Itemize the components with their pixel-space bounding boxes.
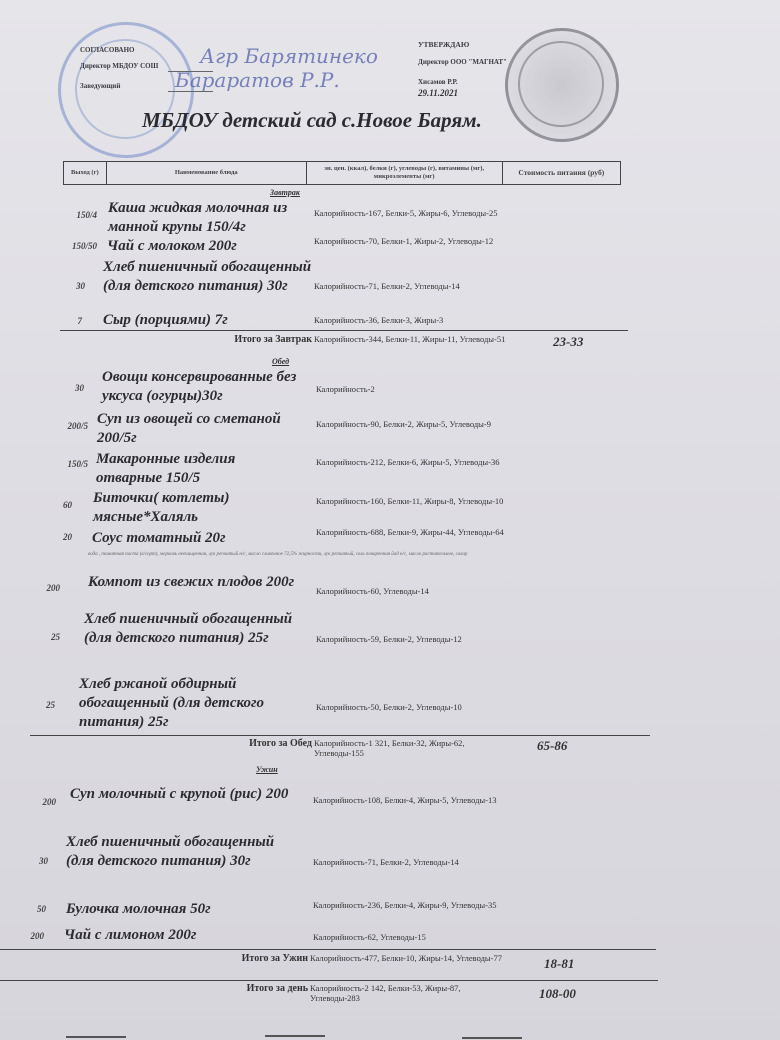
lunch-total-label: Итого за Обед xyxy=(190,738,312,749)
item-nutrition: Калорийность-236, Белки-4, Жиры-9, Углев… xyxy=(313,900,513,910)
item-name: Хлеб пшеничный обогащенный (для детского… xyxy=(84,610,299,648)
item-name: Хлеб пшеничный обогащенный (для детского… xyxy=(103,258,313,296)
item-name: Хлеб пшеничный обогащенный (для детского… xyxy=(66,833,296,871)
item-name: Хлеб ржаной обдирный обогащенный (для де… xyxy=(79,675,294,732)
item-name: Суп из овощей со сметаной 200/5г xyxy=(97,410,322,448)
signature-1: Агр Барятинеко xyxy=(200,44,378,68)
item-weight: 60 xyxy=(50,500,72,510)
item-weight: 200 xyxy=(26,797,56,807)
divider xyxy=(0,949,656,950)
item-nutrition: Калорийность-212, Белки-6, Жиры-5, Углев… xyxy=(316,457,516,467)
table-header: Выход (г) Наименование блюда эн. цен. (к… xyxy=(63,161,621,185)
section-title-dinner: Ужин xyxy=(256,765,278,774)
item-weight: 200 xyxy=(30,583,60,593)
item-ingredients-note: вода , томатная паста (в/сорт), морковь … xyxy=(88,551,508,558)
item-name: Соус томатный 20г xyxy=(92,529,292,548)
col-cost-header: Стоимость питания (руб) xyxy=(503,162,620,184)
divider xyxy=(0,980,658,981)
day-total-cost: 108-00 xyxy=(539,986,576,1002)
section-title-breakfast: Завтрак xyxy=(270,188,300,197)
item-weight: 25 xyxy=(30,632,60,642)
item-name: Компот из свежих плодов 200г xyxy=(88,573,308,592)
item-nutrition: Калорийность-60, Углеводы-14 xyxy=(316,586,429,596)
divider xyxy=(60,330,628,331)
item-weight: 30 xyxy=(52,281,85,291)
item-name: Макаронные изделия отварные 150/5 xyxy=(96,450,296,488)
signature-2: Бараратов Р.Р. xyxy=(175,68,340,92)
col-nutrition-header: эн. цен. (ккал), белки (г), углеводы (г)… xyxy=(307,162,503,184)
item-name: Биточки( котлеты) мясные*Халяль xyxy=(93,489,293,527)
agreed-director: Директор МБДОУ СОШ xyxy=(80,62,158,70)
item-name: Каша жидкая молочная из манной крупы 150… xyxy=(108,199,333,237)
item-name: Овощи консервированные без уксуса (огурц… xyxy=(102,368,332,406)
breakfast-total-cost: 23-33 xyxy=(553,334,583,350)
dinner-total-nutrition: Калорийность-477, Белки-10, Жиры-14, Угл… xyxy=(310,953,510,963)
item-name: Сыр (порциями) 7г xyxy=(103,311,328,330)
item-nutrition: Калорийность-36, Белки-3, Жиры-3 xyxy=(314,315,544,325)
lunch-total-cost: 65-86 xyxy=(537,738,567,754)
day-total-label: Итого за день xyxy=(200,983,308,994)
approve-label: УТВЕРЖДАЮ xyxy=(418,40,469,49)
item-nutrition: Калорийность-2 xyxy=(316,384,375,394)
item-weight: 200/5 xyxy=(50,421,88,431)
breakfast-total-label: Итого за Завтрак xyxy=(180,334,312,345)
lunch-total-nutrition: Калорийность-1 321, Белки-32, Жиры-62, У… xyxy=(314,738,514,758)
agreed-manager: Заведующий xyxy=(80,82,120,90)
footer-signature-line xyxy=(462,1037,522,1039)
dinner-total-cost: 18-81 xyxy=(544,956,574,972)
company-stamp xyxy=(505,28,619,142)
item-weight: 25 xyxy=(30,700,55,710)
dinner-total-label: Итого за Ужин xyxy=(200,953,308,964)
item-weight: 20 xyxy=(50,532,72,542)
item-nutrition: Калорийность-688, Белки-9, Жиры-44, Угле… xyxy=(316,527,516,537)
item-nutrition: Калорийность-167, Белки-5, Жиры-6, Углев… xyxy=(314,208,514,218)
item-nutrition: Калорийность-90, Белки-2, Жиры-5, Углево… xyxy=(316,419,516,429)
item-weight: 50 xyxy=(26,904,46,914)
item-weight: 150/5 xyxy=(50,459,88,469)
item-weight: 200 xyxy=(18,931,44,941)
item-weight: 150/4 xyxy=(52,210,97,220)
col-weight-header: Выход (г) xyxy=(64,162,107,184)
item-nutrition: Калорийность-50, Белки-2, Углеводы-10 xyxy=(316,702,546,712)
page-title: МБДОУ детский сад с.Новое Барям. xyxy=(142,108,482,133)
menu-document: СОГЛАСОВАНО Директор МБДОУ СОШ Заведующи… xyxy=(0,0,780,1040)
item-weight: 7 xyxy=(52,316,82,326)
item-nutrition: Калорийность-59, Белки-2, Углеводы-12 xyxy=(316,634,546,644)
approve-date: 29.11.2021 xyxy=(418,88,458,98)
item-nutrition: Калорийность-160, Белки-11, Жиры-8, Угле… xyxy=(316,496,516,506)
col-name-header: Наименование блюда xyxy=(107,162,307,184)
item-weight: 30 xyxy=(26,856,48,866)
divider xyxy=(30,735,650,736)
item-nutrition: Калорийность-70, Белки-1, Жиры-2, Углево… xyxy=(314,236,514,246)
footer-signature-line xyxy=(66,1036,126,1038)
item-name: Чай с молоком 200г xyxy=(107,237,332,256)
agreed-label: СОГЛАСОВАНО xyxy=(80,46,135,54)
footer-signature-line xyxy=(265,1035,325,1037)
item-name: Суп молочный с крупой (рис) 200 xyxy=(70,785,310,804)
section-title-lunch: Обед xyxy=(272,357,289,366)
item-nutrition: Калорийность-71, Белки-2, Углеводы-14 xyxy=(314,281,544,291)
item-nutrition: Калорийность-71, Белки-2, Углеводы-14 xyxy=(313,857,543,867)
item-nutrition: Калорийность-108, Белки-4, Жиры-5, Углев… xyxy=(313,795,513,805)
item-name: Чай с лимоном 200г xyxy=(64,926,294,945)
day-total-nutrition: Калорийность-2 142, Белки-53, Жиры-87, У… xyxy=(310,983,510,1003)
item-weight: 30 xyxy=(50,383,84,393)
approve-director: Директор ООО "МАГНАТ" xyxy=(418,58,507,66)
item-nutrition: Калорийность-62, Углеводы-15 xyxy=(313,932,543,942)
school-stamp xyxy=(58,22,194,158)
breakfast-total-nutrition: Калорийность-344, Белки-11, Жиры-11, Угл… xyxy=(314,334,514,344)
item-name: Булочка молочная 50г xyxy=(66,900,296,919)
item-weight: 150/50 xyxy=(52,241,97,251)
approve-name: Хисамов Р.Р. xyxy=(418,78,458,86)
